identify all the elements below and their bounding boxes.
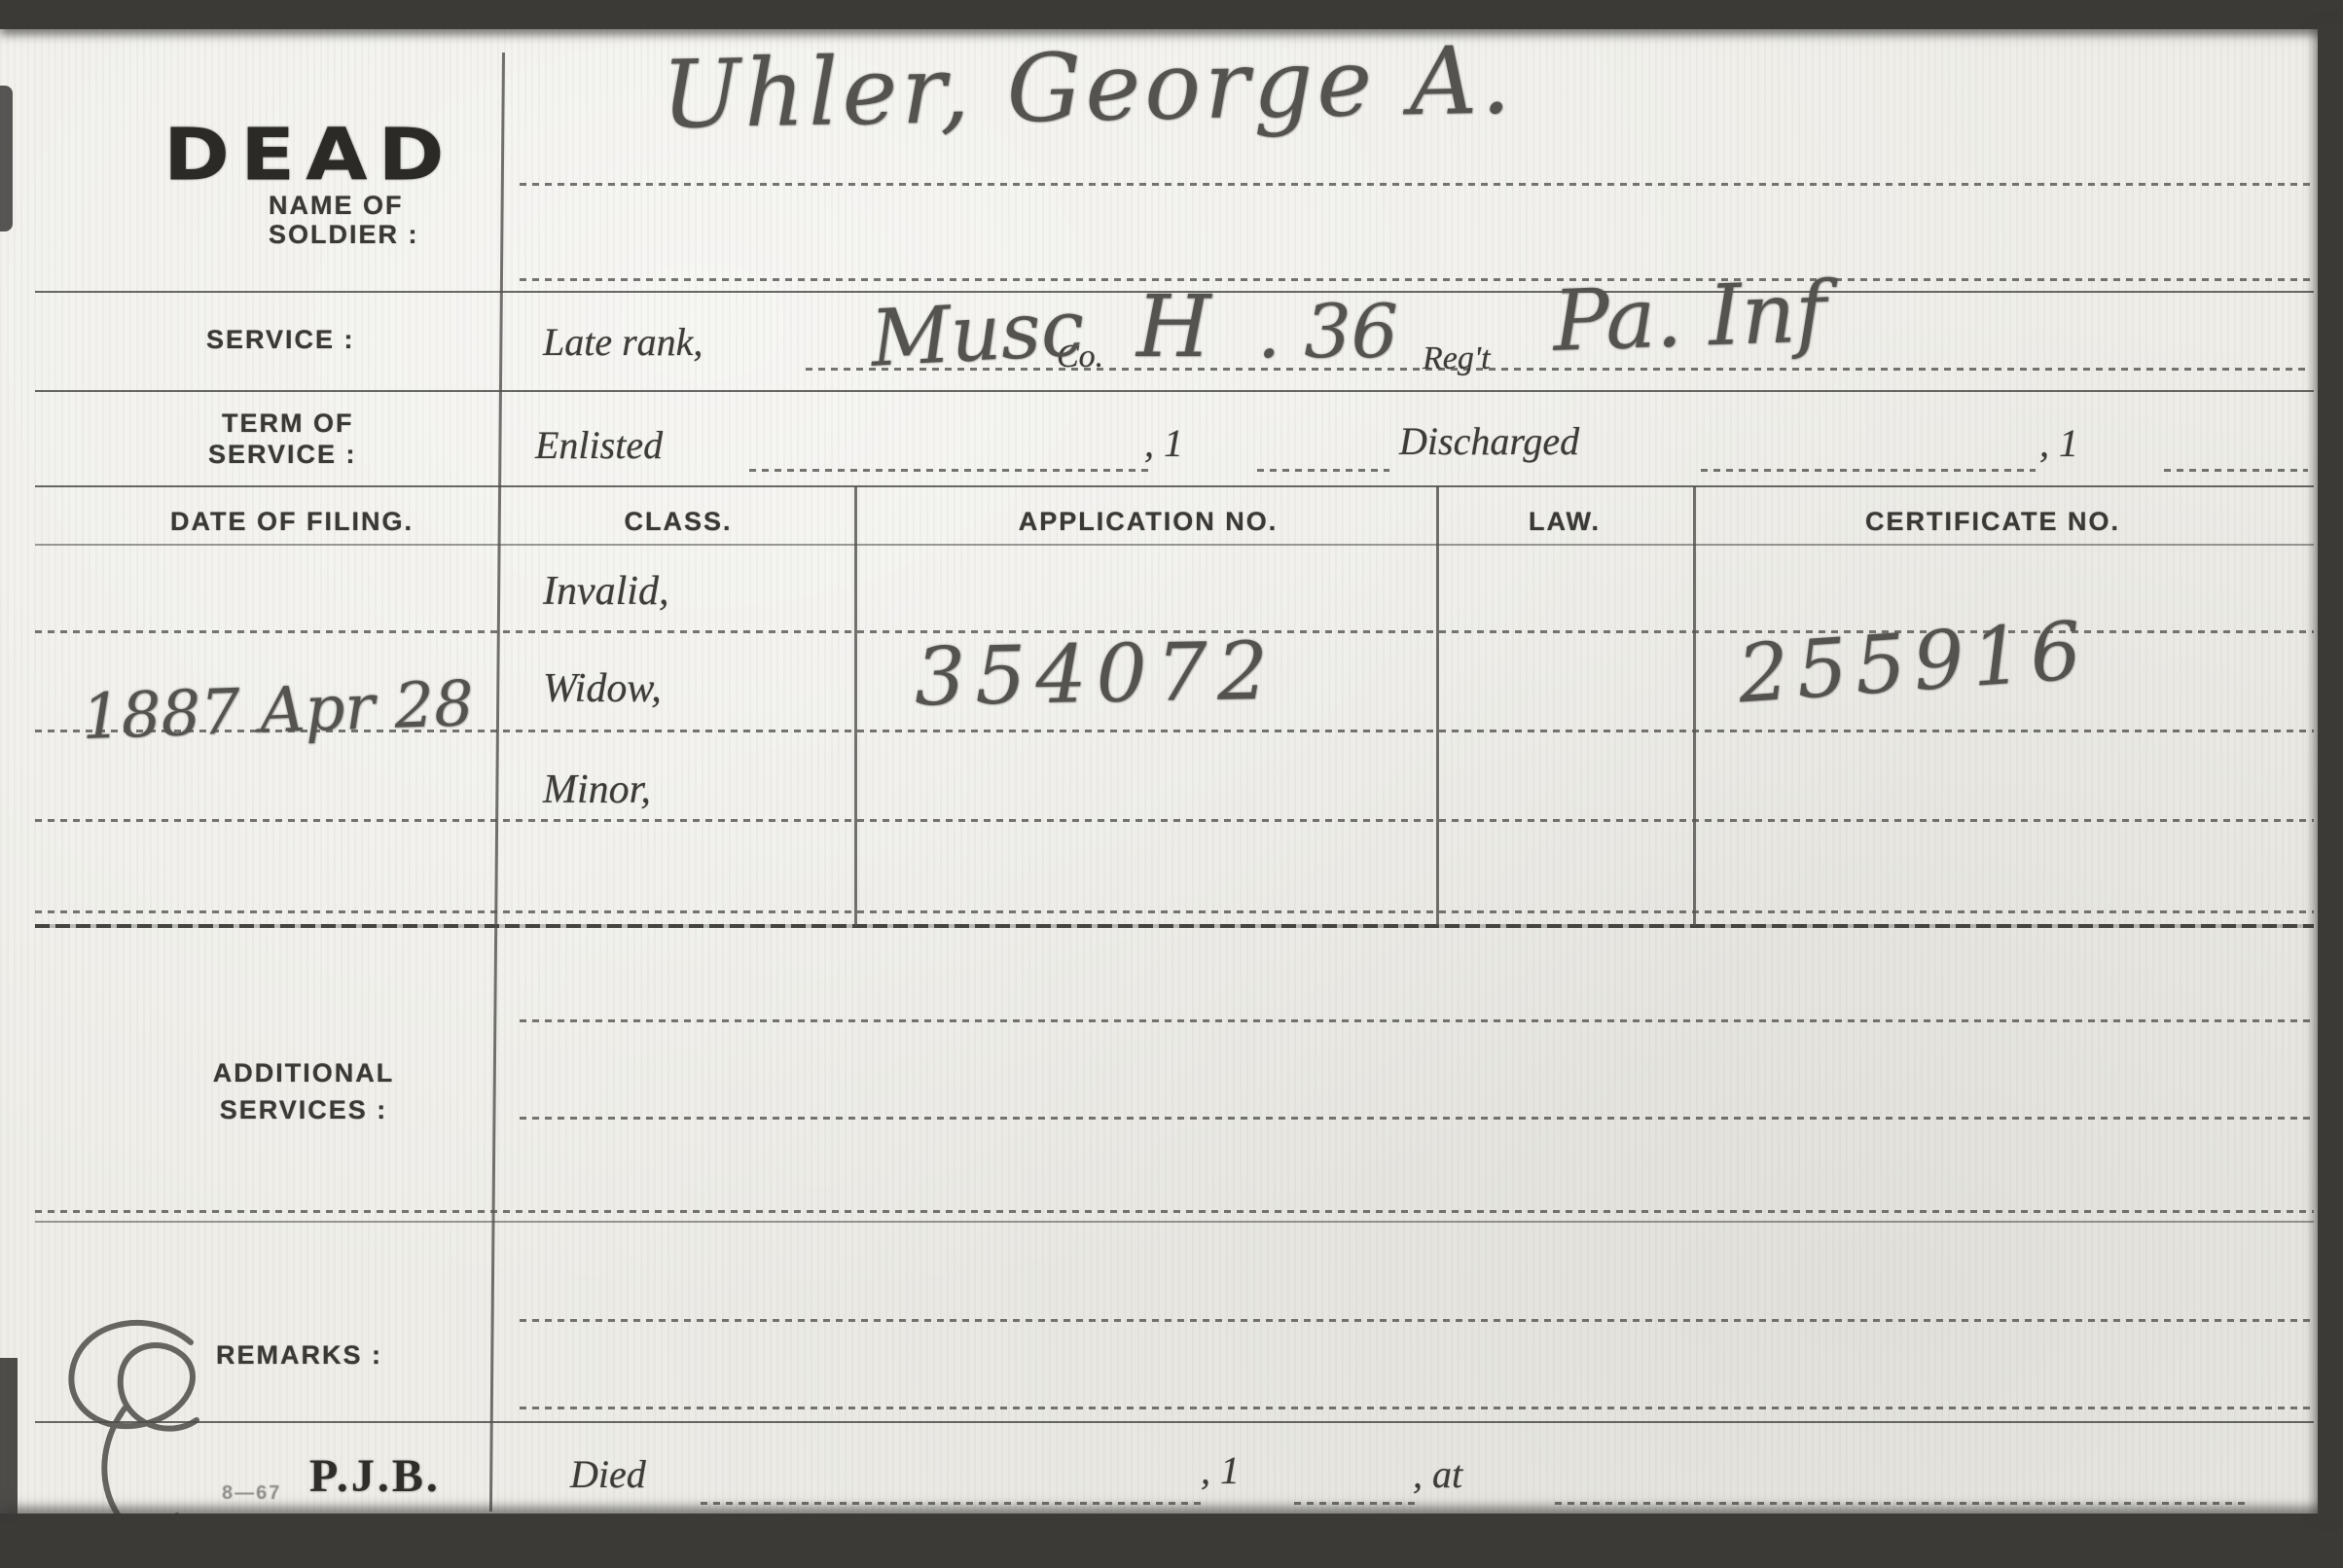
dotted-row-last: [35, 910, 2314, 913]
dotted-line-discharged-year: [2164, 469, 2308, 472]
table-divider-law-certificate: [1693, 486, 1696, 926]
handwriting-regiment-number: . 36: [1257, 288, 1398, 374]
scan-edge-top: [0, 0, 2343, 29]
dotted-line-name-1: [520, 183, 2310, 186]
label-died-year: , 1: [1201, 1447, 1240, 1493]
dotted-line-enlisted: [749, 469, 1148, 472]
scanned-pension-card: DEAD NAME OF SOLDIER : SERVICE : TERM OF…: [0, 0, 2343, 1568]
rule-under-term: [35, 485, 2314, 487]
label-died-at: , at: [1413, 1451, 1462, 1497]
handwriting-soldier-name: Uhler, George A.: [661, 25, 1515, 149]
dotted-additional-3: [35, 1210, 2314, 1213]
header-date-of-filing: DATE OF FILING.: [170, 507, 414, 537]
dotted-row-minor: [35, 819, 2314, 822]
label-class-minor: Minor,: [543, 766, 651, 813]
dotted-died-year: [1294, 1502, 1421, 1505]
label-term-service: SERVICE :: [208, 440, 357, 470]
header-law: LAW.: [1529, 507, 1601, 537]
scan-edge-bottom: [0, 1514, 2343, 1568]
scan-edge-left-upper: [0, 86, 13, 232]
scan-edge-left-lower: [0, 1358, 18, 1523]
rule-under-remarks: [35, 1421, 2314, 1423]
label-additional: ADDITIONAL: [213, 1058, 394, 1088]
dotted-additional-1: [520, 1019, 2310, 1022]
label-service: SERVICE :: [206, 325, 355, 355]
dotted-died-place: [1555, 1502, 2248, 1505]
reviewer-initials-stamp: P.J.B.: [309, 1449, 441, 1503]
label-soldier: SOLDIER :: [269, 220, 419, 250]
handwriting-company: H: [1136, 276, 1211, 376]
header-certificate-no: CERTIFICATE NO.: [1865, 507, 2120, 537]
label-term-of: TERM OF: [222, 409, 354, 439]
dotted-additional-2: [520, 1117, 2310, 1120]
rule-table-bottom: [35, 924, 2314, 928]
dotted-line-discharged: [1701, 469, 2036, 472]
scan-edge-right: [2318, 23, 2343, 1519]
label-name-of: NAME OF: [269, 191, 404, 221]
rule-under-additional: [35, 1221, 2314, 1223]
label-enlisted: Enlisted: [535, 422, 663, 468]
table-divider-class-application: [854, 486, 857, 926]
label-late-rank: Late rank,: [543, 319, 703, 365]
label-enlisted-year: , 1: [1144, 420, 1183, 466]
label-class-invalid: Invalid,: [543, 568, 668, 615]
label-additional-services: SERVICES :: [220, 1095, 388, 1125]
table-divider-application-law: [1436, 486, 1439, 926]
dotted-line-enlisted-year: [1257, 469, 1389, 472]
label-discharged-year: , 1: [2039, 420, 2078, 466]
label-died: Died: [570, 1451, 646, 1497]
header-application-no: APPLICATION NO.: [1019, 507, 1279, 537]
dotted-remarks-1: [520, 1319, 2310, 1322]
handwriting-rank: Musc: [869, 282, 1087, 383]
handwriting-regiment: Pa. Inf: [1551, 264, 1827, 371]
handwriting-application-no: 354072: [914, 625, 1279, 724]
label-discharged: Discharged: [1399, 418, 1579, 464]
label-class-widow: Widow,: [543, 665, 662, 712]
dead-stamp: DEAD: [163, 114, 455, 197]
label-regt: Reg't: [1423, 340, 1491, 377]
dotted-line-name-2: [520, 278, 2310, 281]
rule-under-service: [35, 390, 2314, 392]
dotted-remarks-2: [520, 1407, 2310, 1409]
header-class: CLASS.: [624, 507, 732, 537]
dotted-died-date: [701, 1502, 1207, 1505]
rule-under-table-header: [35, 544, 2314, 546]
handwriting-date-of-filing: 1887 Apr 28: [81, 668, 475, 754]
